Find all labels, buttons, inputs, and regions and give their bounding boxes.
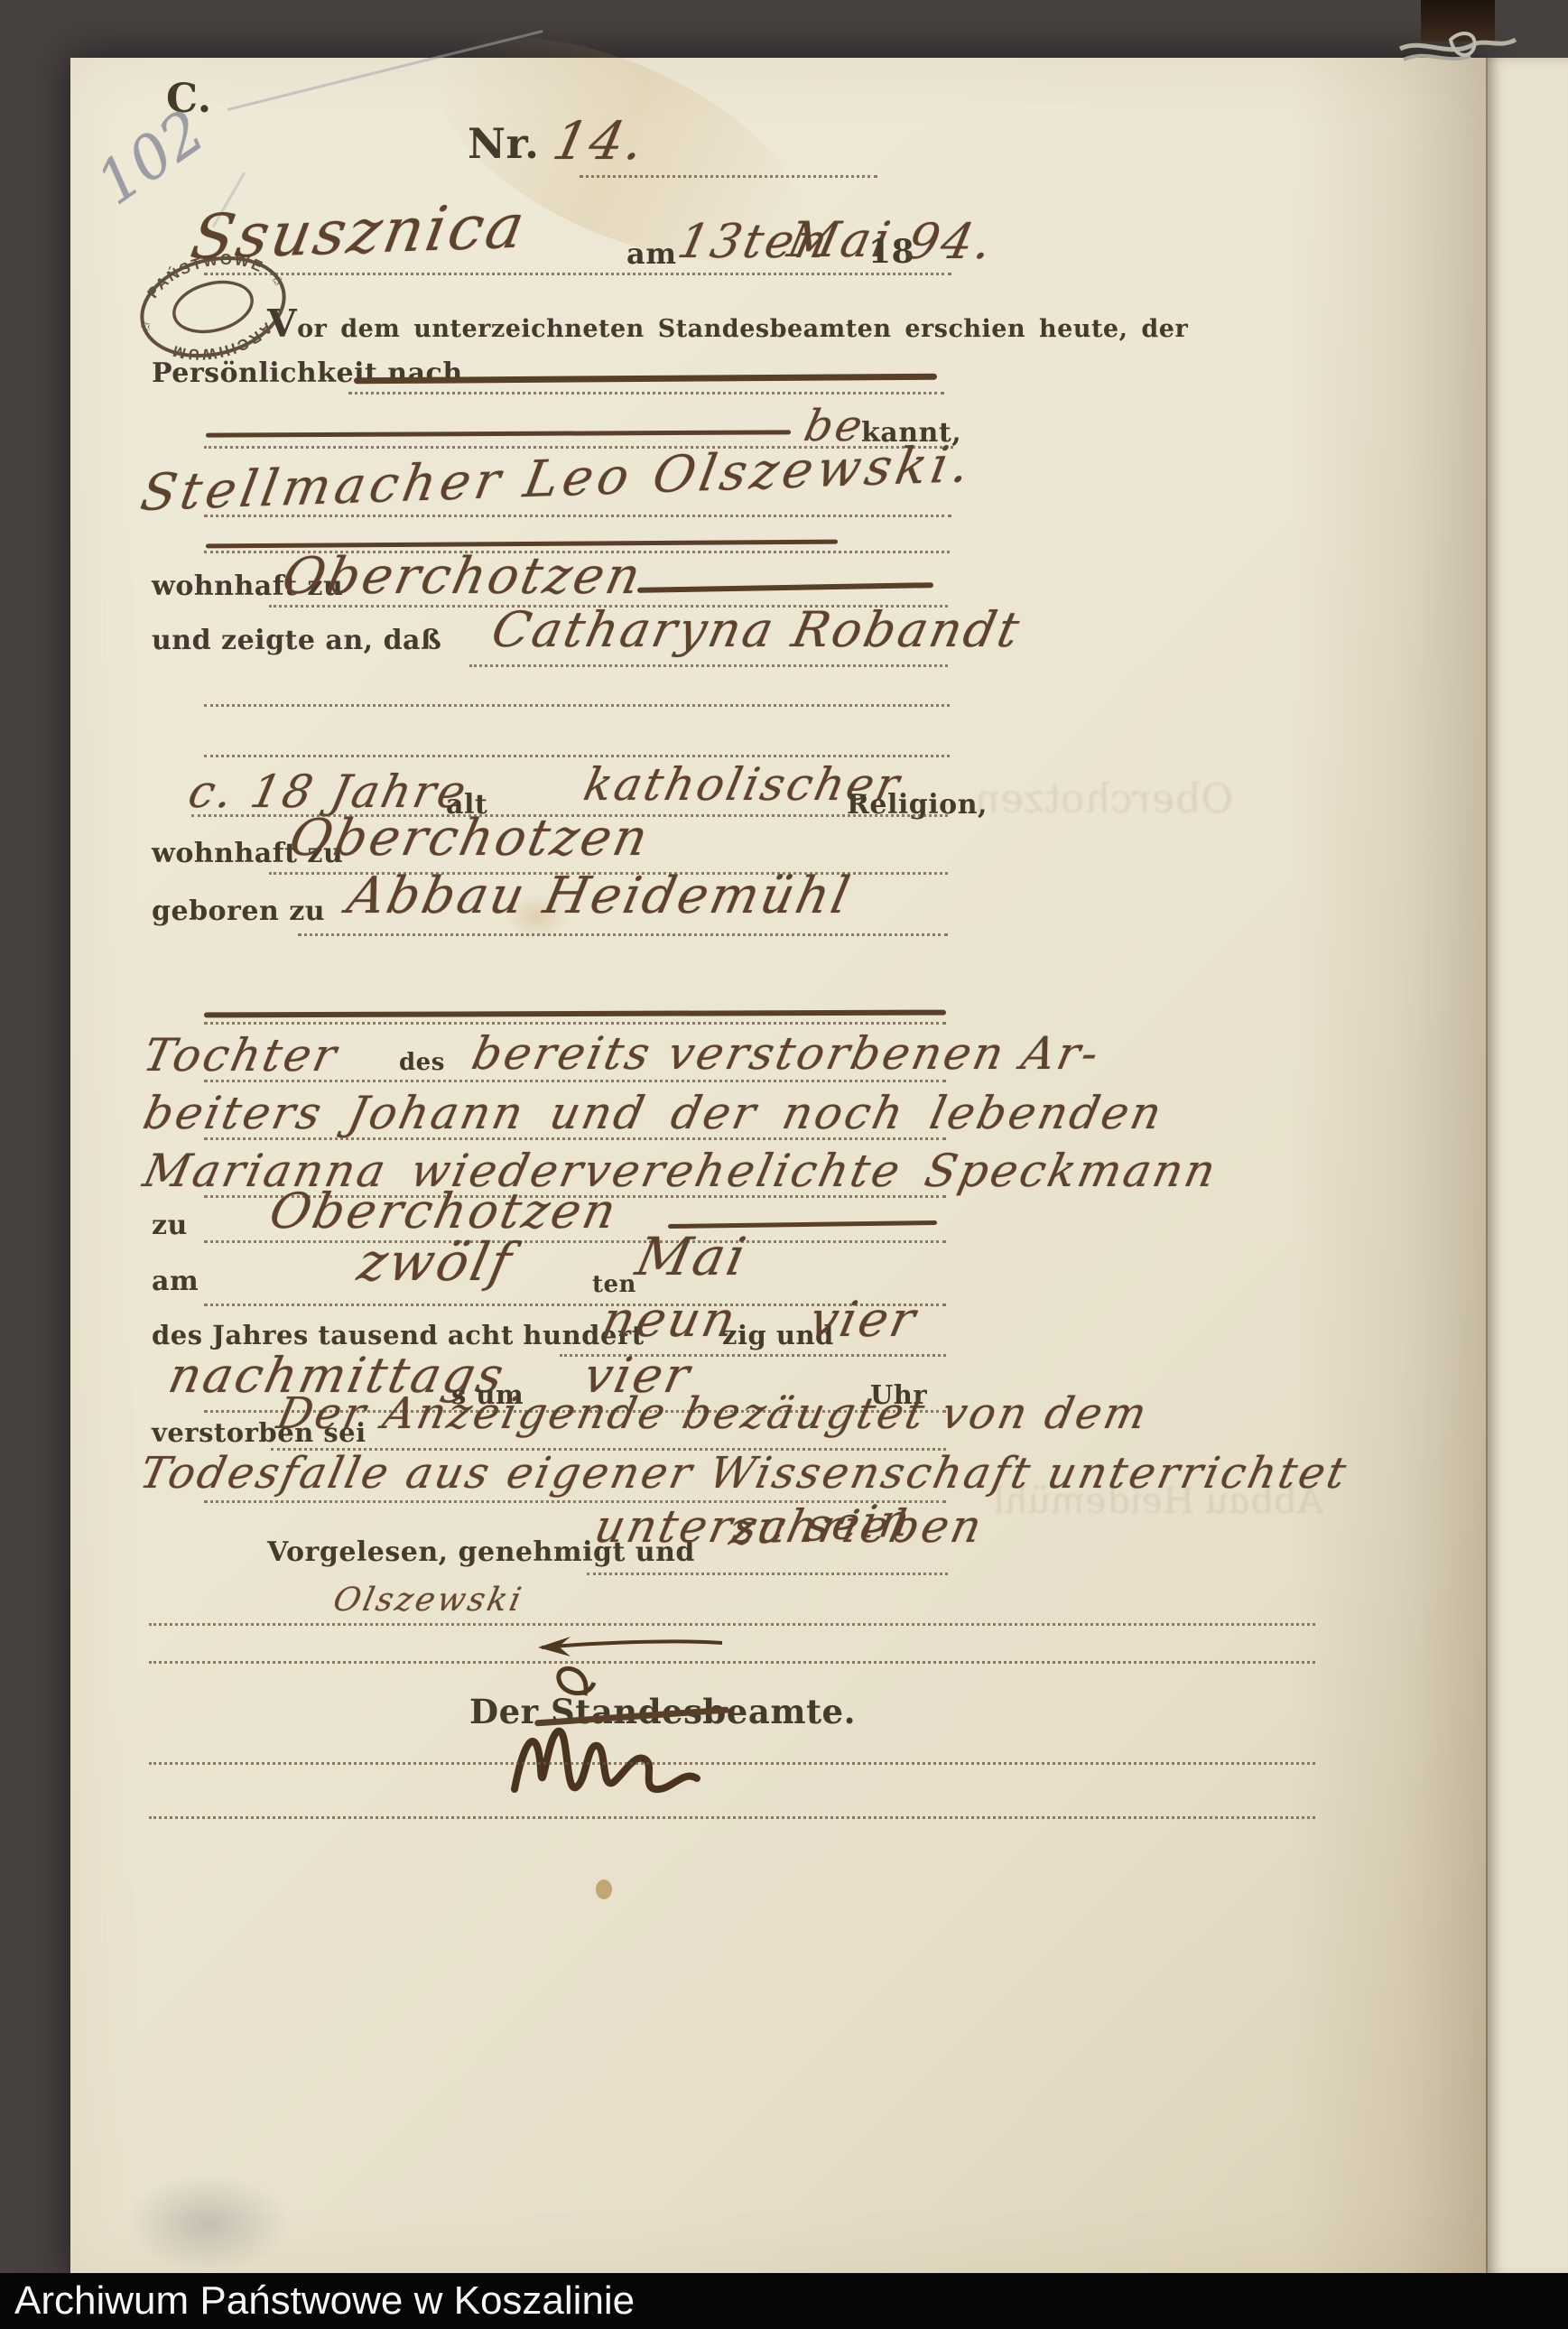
tochter-handwritten: Tochter [139, 1029, 344, 1081]
zeigte-an-label: und zeigte an, daß [152, 625, 441, 656]
record-number-label: Nr. [468, 119, 540, 168]
form-rule [204, 1240, 946, 1243]
geboren-zu-label: geboren zu [152, 895, 325, 927]
parents-line1-handwritten: bereits verstorbenen Ar- [468, 1027, 1106, 1080]
declarant-signature: Olszewski [330, 1582, 527, 1619]
unterschrieben-handwritten: unterschrieben [590, 1500, 988, 1553]
form-rule [469, 664, 948, 667]
form-rule [348, 392, 944, 394]
declaration-line1-handwritten: Der Anzeigende bezäugtet von dem [273, 1388, 1154, 1439]
residence-handwritten: Oberchotzen [284, 809, 655, 868]
parents-line2-handwritten: beiters Johann und der noch lebenden [139, 1087, 1169, 1139]
archive-caption: Archiwum Państwowe w Koszalinie [0, 2278, 635, 2324]
archive-caption-bar: Archiwum Państwowe w Koszalinie [0, 2273, 1568, 2329]
paper-stain [126, 2174, 289, 2273]
form-rule [204, 1080, 946, 1082]
arrow-mark-icon [511, 1632, 728, 1659]
declaration-line2-handwritten: Todesfalle aus eigener Wissenschaft unte… [135, 1448, 1353, 1499]
year-tens-handwritten: neun [597, 1291, 743, 1348]
form-rule [580, 175, 877, 178]
paper-stain [596, 1879, 612, 1899]
scanned-death-record-page: Oberchotzen Abbau Heidemühl C. 102 PAŃST… [0, 0, 1568, 2329]
form-rule [204, 273, 951, 275]
zu-label: zu [152, 1210, 188, 1241]
stamp-left-star-icon: ✩ [138, 317, 153, 336]
place-name-handwritten: Ssusznica [186, 191, 533, 274]
adjacent-page-edge [1488, 58, 1568, 2277]
registrar-signature [498, 1715, 715, 1805]
form-rule [149, 1661, 1315, 1664]
form-rule [204, 515, 951, 517]
form-rule [587, 1573, 948, 1575]
form-rule [149, 1762, 1315, 1765]
death-month-handwritten: Mai [631, 1226, 754, 1287]
year-ones-handwritten: vier [804, 1291, 923, 1348]
form-rule [149, 1816, 1315, 1819]
page-curl-shading [1291, 58, 1488, 2277]
form-rule [149, 1623, 1315, 1626]
residence-handwritten: Oberchotzen [277, 547, 648, 606]
binding-thread-icon [1395, 13, 1521, 76]
form-rule [204, 704, 950, 707]
persoenlichkeit-label: Persönlichkeit nach [152, 357, 463, 389]
deceased-name-handwritten: Catharyna Robandt [487, 601, 1026, 658]
am-label: am [152, 1266, 199, 1297]
ink-bleed-through: Oberchotzen [971, 776, 1238, 822]
form-rule [204, 1137, 946, 1140]
form-rule [204, 755, 950, 757]
intro-printed-line: Vor dem unterzeichneten Standesbeamten e… [267, 302, 1188, 346]
jahres-label: des Jahres tausend acht hundert [152, 1320, 645, 1350]
death-day-handwritten: zwölf [353, 1231, 520, 1293]
form-rule [298, 933, 948, 936]
birthplace-handwritten: Abbau Heidemühl [342, 867, 857, 925]
year-handwritten: 94. [902, 213, 999, 270]
form-rule [204, 1022, 946, 1025]
am-label: am [626, 237, 677, 271]
des-label: des [399, 1049, 445, 1076]
record-number-value: 14. [548, 110, 653, 172]
